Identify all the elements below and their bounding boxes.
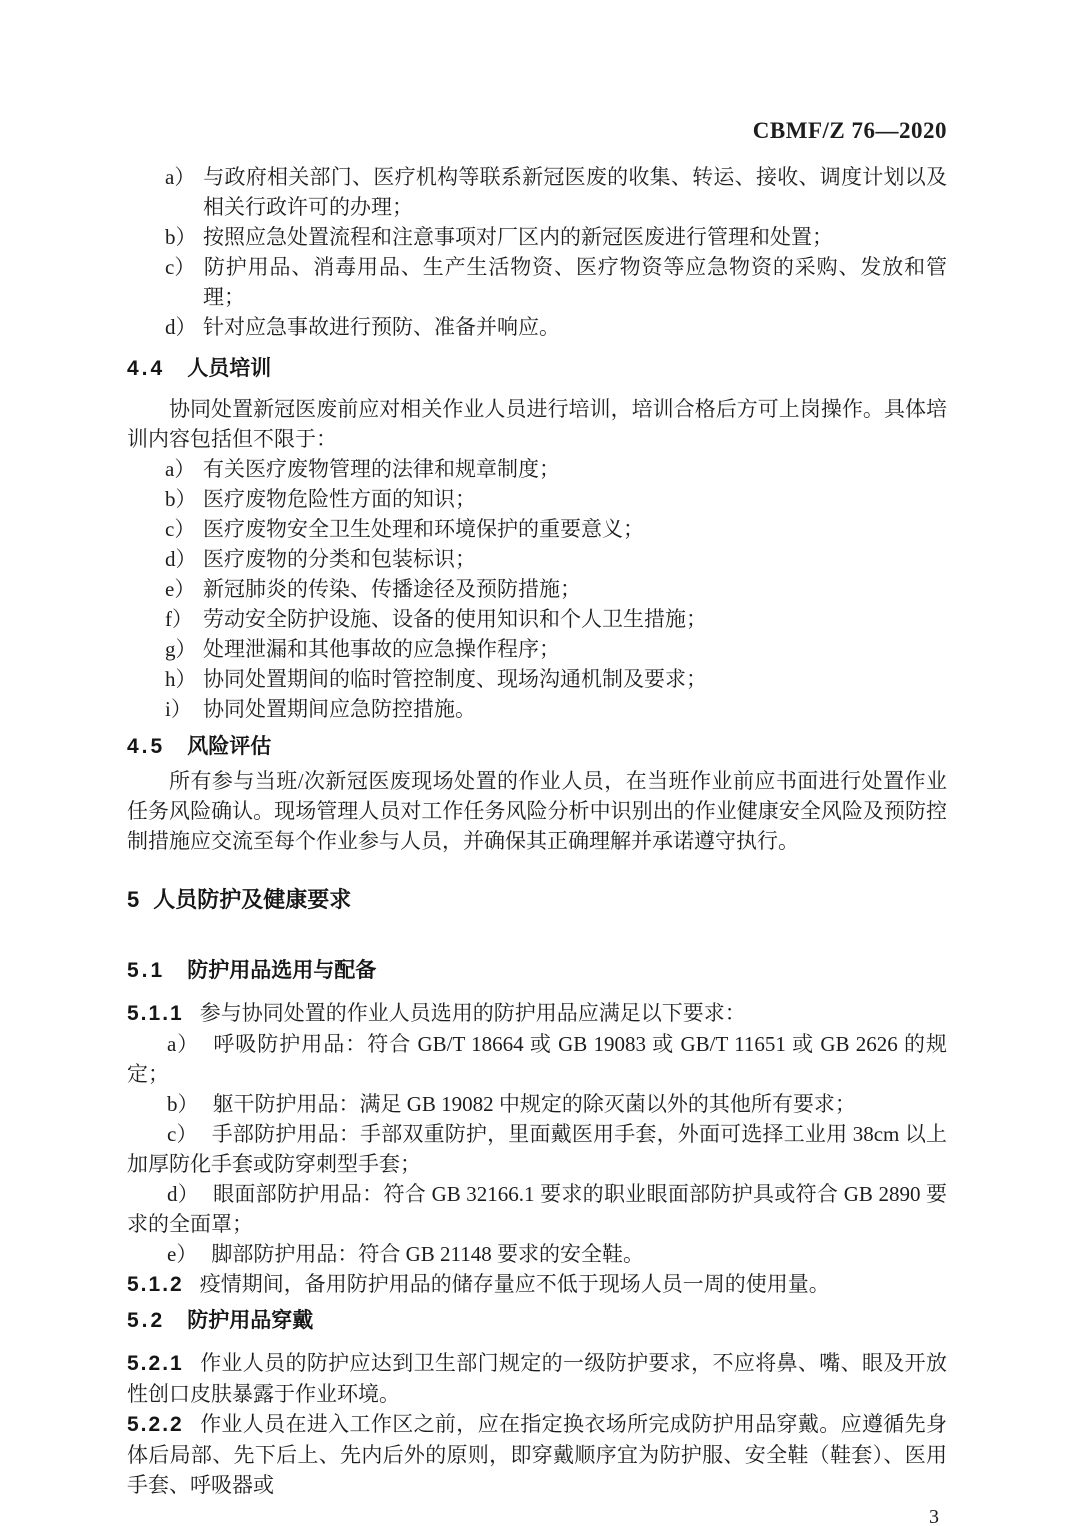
list-marker: c） xyxy=(165,514,203,544)
page-number: 3 xyxy=(127,1502,947,1526)
list-item-text: 协同处置期间的临时管控制度、现场沟通机制及要求； xyxy=(203,667,707,691)
list-item: c）防护用品、消毒用品、生产生活物资、医疗物资等应急物资的采购、发放和管理； xyxy=(127,252,947,312)
list-item: d）针对应急事故进行预防、准备并响应。 xyxy=(127,312,947,342)
list-item: e）脚部防护用品：符合 GB 21148 要求的安全鞋。 xyxy=(127,1239,947,1269)
list-marker: a） xyxy=(165,162,203,192)
section-title: 防护用品选用与配备 xyxy=(187,959,376,982)
clause-5-2-2: 5.2.2作业人员在进入工作区之前，应在指定换衣场所完成防护用品穿戴。应遵循先身… xyxy=(127,1409,947,1500)
list-item: b）按照应急处置流程和注意事项对厂区内的新冠医废进行管理和处置； xyxy=(127,222,947,252)
section-heading-4-5: 4.5风险评估 xyxy=(127,732,947,762)
list-item: f）劳动安全防护设施、设备的使用知识和个人卫生措施； xyxy=(127,604,947,634)
section-number: 4.4 xyxy=(127,357,165,380)
list-marker: c） xyxy=(165,252,203,282)
list-item: a）呼吸防护用品：符合 GB/T 18664 或 GB 19083 或 GB/T… xyxy=(127,1029,947,1089)
clause-text: 作业人员在进入工作区之前，应在指定换衣场所完成防护用品穿戴。应遵循先身体后局部、… xyxy=(127,1412,947,1497)
section-title: 风险评估 xyxy=(187,735,271,758)
paragraph: 协同处置新冠医废前应对相关作业人员进行培训，培训合格后方可上岗操作。具体培训内容… xyxy=(127,394,947,454)
section-heading-4-4: 4.4人员培训 xyxy=(127,354,947,384)
list-item-text: 脚部防护用品：符合 GB 21148 要求的安全鞋。 xyxy=(211,1242,644,1266)
chapter-number: 5 xyxy=(127,887,139,912)
list-marker: b） xyxy=(165,222,203,252)
list-item-text: 与政府相关部门、医疗机构等联系新冠医废的收集、转运、接收、调度计划以及相关行政许… xyxy=(203,165,947,219)
doc-code: CBMF/Z 76—2020 xyxy=(127,118,947,144)
list-item-text: 眼面部防护用品：符合 GB 32166.1 要求的职业眼面部防护具或符合 GB … xyxy=(127,1182,947,1236)
list-marker: d） xyxy=(167,1182,199,1206)
section-title: 人员培训 xyxy=(187,357,271,380)
list-item-text: 处理泄漏和其他事故的应急操作程序； xyxy=(203,637,560,661)
list-item: e）新冠肺炎的传染、传播途径及预防措施； xyxy=(127,574,947,604)
list-marker: d） xyxy=(165,544,203,574)
training-list: a）有关医疗废物管理的法律和规章制度； b）医疗废物危险性方面的知识； c）医疗… xyxy=(127,454,947,724)
list-marker: a） xyxy=(167,1032,199,1056)
list-item: b）躯干防护用品：满足 GB 19082 中规定的除灭菌以外的其他所有要求； xyxy=(127,1089,947,1119)
list-marker: e） xyxy=(167,1242,197,1266)
list-marker: g） xyxy=(165,634,203,664)
list-item-text: 躯干防护用品：满足 GB 19082 中规定的除灭菌以外的其他所有要求； xyxy=(213,1092,856,1116)
section-number: 4.5 xyxy=(127,735,165,758)
list-marker: a） xyxy=(165,454,203,484)
clause-5-1-1: 5.1.1参与协同处置的作业人员选用的防护用品应满足以下要求： xyxy=(127,998,947,1029)
document-page: CBMF/Z 76—2020 a）与政府相关部门、医疗机构等联系新冠医废的收集、… xyxy=(0,0,1080,1526)
list-item: g）处理泄漏和其他事故的应急操作程序； xyxy=(127,634,947,664)
list-item-text: 按照应急处置流程和注意事项对厂区内的新冠医废进行管理和处置； xyxy=(203,225,833,249)
list-marker: c） xyxy=(167,1122,198,1146)
list-item-text: 医疗废物安全卫生处理和环境保护的重要意义； xyxy=(203,517,644,541)
clause-number: 5.1.2 xyxy=(127,1273,184,1296)
clause-number: 5.2.2 xyxy=(127,1413,184,1436)
list-item: h）协同处置期间的临时管控制度、现场沟通机制及要求； xyxy=(127,664,947,694)
clause-number: 5.1.1 xyxy=(127,1002,184,1025)
clause-text: 疫情期间，备用防护用品的储存量应不低于现场人员一周的使用量。 xyxy=(200,1272,830,1296)
list-item-text: 劳动安全防护设施、设备的使用知识和个人卫生措施； xyxy=(203,607,707,631)
list-item-text: 呼吸防护用品：符合 GB/T 18664 或 GB 19083 或 GB/T 1… xyxy=(127,1032,947,1086)
clause-5-1-2: 5.1.2疫情期间，备用防护用品的储存量应不低于现场人员一周的使用量。 xyxy=(127,1269,947,1300)
list-item: a）与政府相关部门、医疗机构等联系新冠医废的收集、转运、接收、调度计划以及相关行… xyxy=(127,162,947,222)
list-item-text: 新冠肺炎的传染、传播途径及预防措施； xyxy=(203,577,581,601)
section-number: 5.2 xyxy=(127,1309,165,1332)
list-marker: b） xyxy=(167,1092,199,1116)
list-item-text: 协同处置期间应急防控措施。 xyxy=(203,697,476,721)
list-item-text: 医疗废物危险性方面的知识； xyxy=(203,487,476,511)
list-item-text: 有关医疗废物管理的法律和规章制度； xyxy=(203,457,560,481)
section-number: 5.1 xyxy=(127,959,165,982)
list-item: b）医疗废物危险性方面的知识； xyxy=(127,484,947,514)
list-marker: e） xyxy=(165,574,203,604)
chapter-title: 人员防护及健康要求 xyxy=(153,887,351,912)
list-item: d）眼面部防护用品：符合 GB 32166.1 要求的职业眼面部防护具或符合 G… xyxy=(127,1179,947,1239)
list-marker: f） xyxy=(165,604,203,634)
list-marker: i） xyxy=(165,694,203,724)
list-marker: h） xyxy=(165,664,203,694)
paragraph: 所有参与当班/次新冠医废现场处置的作业人员，在当班作业前应书面进行处置作业任务风… xyxy=(127,766,947,856)
list-item: c）手部防护用品：手部双重防护，里面戴医用手套，外面可选择工业用 38cm 以上… xyxy=(127,1119,947,1179)
list-item: a）有关医疗废物管理的法律和规章制度； xyxy=(127,454,947,484)
clause-5-2-1: 5.2.1作业人员的防护应达到卫生部门规定的一级防护要求，不应将鼻、嘴、眼及开放… xyxy=(127,1348,947,1409)
clause-text: 作业人员的防护应达到卫生部门规定的一级防护要求，不应将鼻、嘴、眼及开放性创口皮肤… xyxy=(127,1351,947,1406)
section-heading-5-2: 5.2防护用品穿戴 xyxy=(127,1306,947,1336)
list-item-text: 手部防护用品：手部双重防护，里面戴医用手套，外面可选择工业用 38cm 以上加厚… xyxy=(127,1122,947,1176)
list-item-text: 医疗废物的分类和包装标识； xyxy=(203,547,476,571)
section-heading-5-1: 5.1防护用品选用与配备 xyxy=(127,956,947,986)
clause-number: 5.2.1 xyxy=(127,1352,184,1375)
list-item: d）医疗废物的分类和包装标识； xyxy=(127,544,947,574)
ppe-list: a）呼吸防护用品：符合 GB/T 18664 或 GB 19083 或 GB/T… xyxy=(127,1029,947,1269)
intro-list: a）与政府相关部门、医疗机构等联系新冠医废的收集、转运、接收、调度计划以及相关行… xyxy=(127,162,947,342)
list-item-text: 防护用品、消毒用品、生产生活物资、医疗物资等应急物资的采购、发放和管理； xyxy=(203,255,947,309)
list-item-text: 针对应急事故进行预防、准备并响应。 xyxy=(203,315,560,339)
chapter-heading-5: 5人员防护及健康要求 xyxy=(127,884,947,916)
list-item: i）协同处置期间应急防控措施。 xyxy=(127,694,947,724)
list-marker: d） xyxy=(165,312,203,342)
clause-text: 参与协同处置的作业人员选用的防护用品应满足以下要求： xyxy=(200,1001,746,1025)
list-marker: b） xyxy=(165,484,203,514)
list-item: c）医疗废物安全卫生处理和环境保护的重要意义； xyxy=(127,514,947,544)
section-title: 防护用品穿戴 xyxy=(187,1309,313,1332)
